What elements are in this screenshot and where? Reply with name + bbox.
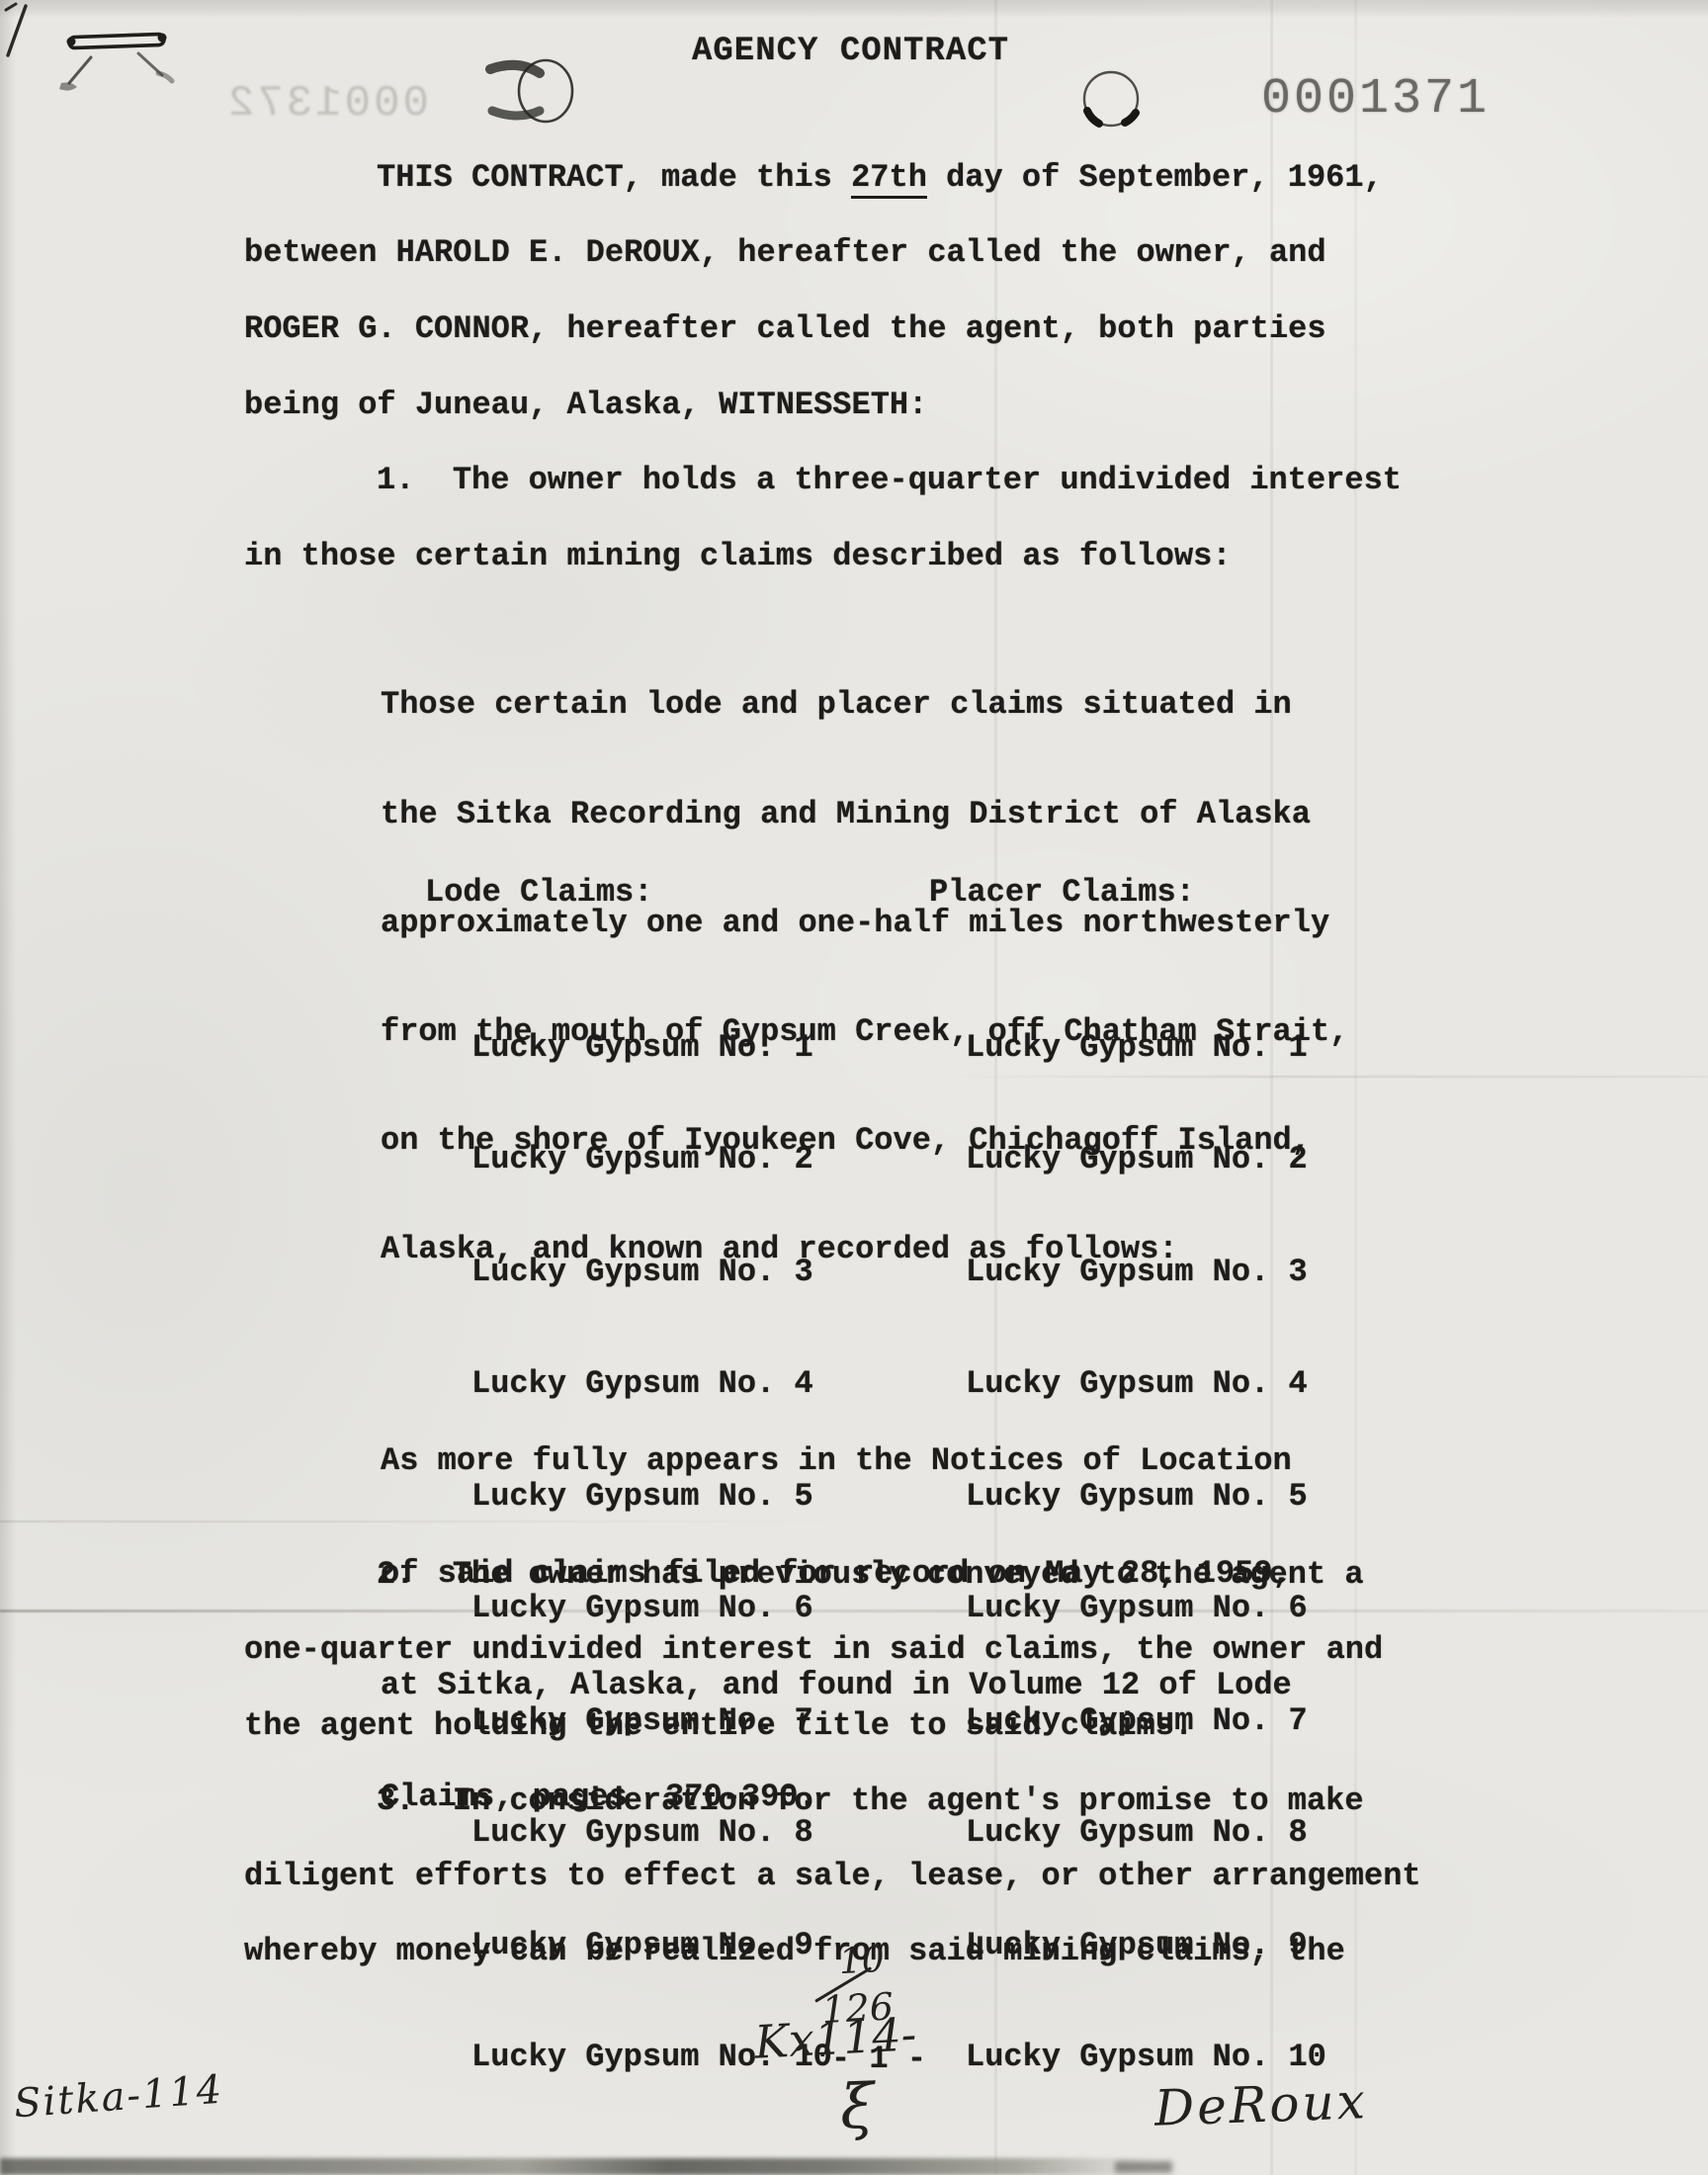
handwritten-bottom-left-label: Sitka-114 [13, 2067, 225, 2128]
lode-claim-item: Lucky Gypsum No. 1 [471, 1029, 832, 1067]
lode-claims-header: Lode Claims: [425, 874, 652, 911]
handwritten-signature: DeRoux [1153, 2072, 1369, 2136]
lode-claim-item: Lucky Gypsum No. 3 [471, 1254, 832, 1291]
scanned-contract-page: 0001372 AGENCY CONTRACT 0001371 THIS CON… [0, 0, 1708, 2175]
file-code-denominator: 126 [820, 1984, 895, 2032]
placer-claim-item: Lucky Gypsum No. 1 [966, 1029, 1326, 1067]
description-line: approximately one and one-half miles nor… [381, 906, 1348, 942]
paragraph-2-line-2: one-quarter undivided interest in said c… [244, 1631, 1383, 1668]
page-stamp-number: 0001371 [1261, 71, 1490, 128]
bleedthrough-stamp: 0001372 [225, 79, 429, 129]
record-line: at Sitka, Alaska, and found in Volume 12… [381, 1667, 1292, 1704]
bottom-edge-blotch [1115, 2161, 1172, 2173]
opening-line-4: being of Juneau, Alaska, WITNESSETH: [244, 387, 927, 423]
paragraph-3-line-2: diligent efforts to effect a sale, lease… [244, 1858, 1421, 1894]
opening-line-1: THIS CONTRACT, made this 27th day of Sep… [377, 159, 1383, 196]
placer-claim-item: Lucky Gypsum No. 10 [966, 2039, 1326, 2076]
paragraph-3-line-1: 3. In consideration for the agent's prom… [377, 1783, 1364, 1819]
placer-claim-item: Lucky Gypsum No. 3 [966, 1254, 1326, 1291]
hole-punch-mark [1069, 59, 1153, 142]
ink-smudge-mark [480, 49, 589, 129]
record-line: As more fully appears in the Notices of … [381, 1442, 1292, 1480]
opening-line-1-pre: THIS CONTRACT, made this [377, 159, 851, 196]
opening-line-3: ROGER G. CONNOR, hereafter called the ag… [244, 310, 1326, 347]
description-line: the Sitka Recording and Mining District … [381, 797, 1348, 833]
lode-claim-item: Lucky Gypsum No. 2 [471, 1141, 832, 1178]
paragraph-2-line-3: the agent holding the entire title to sa… [244, 1707, 1193, 1744]
placer-claims-header: Placer Claims: [929, 874, 1195, 911]
placer-claim-item: Lucky Gypsum No. 2 [966, 1141, 1326, 1178]
bottom-edge-smudge [0, 2158, 1152, 2175]
document-title: AGENCY CONTRACT [692, 33, 1009, 70]
opening-line-1-post: day of September, 1961, [927, 159, 1383, 196]
paragraph-1-line-1: 1. The owner holds a three-quarter undiv… [377, 462, 1402, 498]
opening-line-2: between HAROLD E. DeROUX, hereafter call… [244, 234, 1326, 271]
description-line: Those certain lode and placer claims sit… [381, 687, 1348, 724]
contract-day: 27th [851, 159, 927, 199]
scan-streak [1354, 0, 1357, 2175]
staple-mark [47, 18, 215, 127]
handwritten-initial-mark: ξ [839, 2069, 876, 2142]
paragraph-1-line-2: in those certain mining claims described… [244, 538, 1232, 574]
file-code-numerator: 10 [838, 1940, 886, 1982]
paragraph-2-line-1: 2. The owner has previously conveyed to … [377, 1556, 1364, 1593]
handwritten-file-code: Kx114-10126 [693, 1954, 920, 2125]
